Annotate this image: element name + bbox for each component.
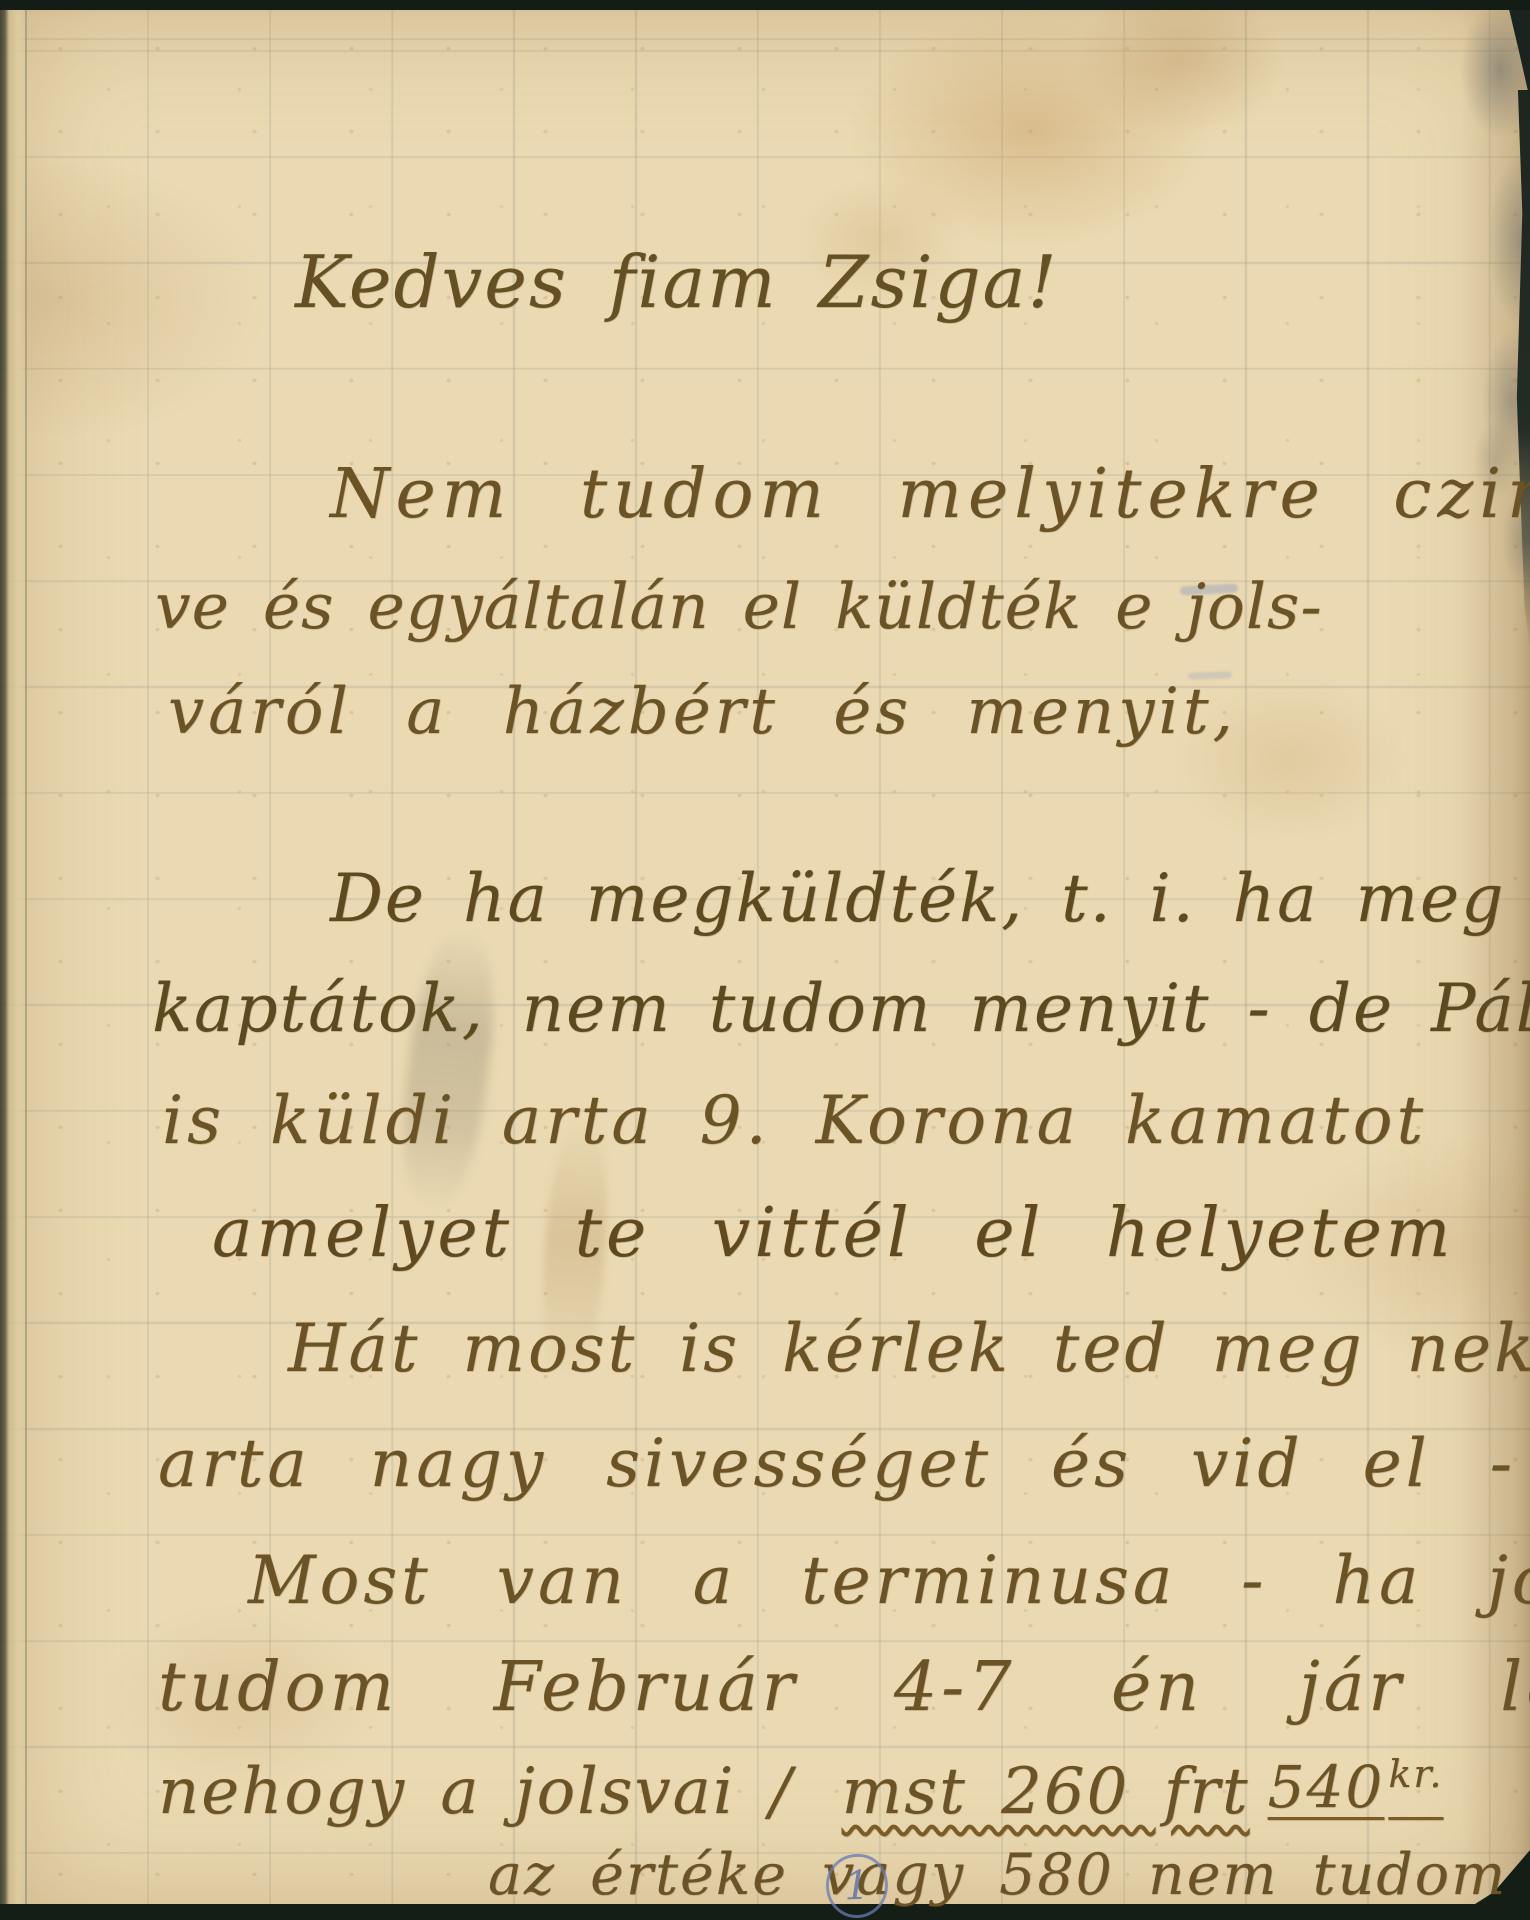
- paper-edge-left: [0, 0, 30, 1920]
- salutation-line: Kedves fiam Zsiga!: [295, 240, 1058, 324]
- letter-line: is küldi arta 9. Korona kamatot: [162, 1082, 1427, 1159]
- amount-underlined: mst 260 frt: [842, 1755, 1250, 1829]
- page-number: 1: [843, 1863, 870, 1910]
- letter-line: kaptátok, nem tudom menyit - de Páli: [152, 970, 1530, 1047]
- letter-line: Nem tudom melyitekre czimez: [330, 455, 1530, 534]
- letter-line-closing: az értéke vagy 580 nem tudom bi: [488, 1842, 1530, 1908]
- letter-line: Hát most is kérlek ted meg nekem: [288, 1310, 1530, 1387]
- letter-line: Most van a terminusa - ha jól: [248, 1542, 1530, 1619]
- letter-line: De ha megküldték, t. i. ha meg: [330, 860, 1505, 937]
- letter-line: arta nagy sivességet és vid el -: [158, 1425, 1516, 1502]
- paper-edge-top: [0, 0, 1530, 10]
- letter-line: ve és egyáltalán el küldték e jols-: [155, 570, 1323, 643]
- amount-prefix: nehogy a jolsvai /: [158, 1755, 793, 1829]
- soot-smudges-right-edge: [1400, 0, 1530, 720]
- amount-value: 540: [1268, 1753, 1385, 1821]
- letter-line: amelyet te vittél el helyetem: [212, 1194, 1454, 1273]
- scanned-letter-page: Kedves fiam Zsiga! Nem tudom melyitekre …: [0, 0, 1530, 1920]
- letter-line-amount: nehogy a jolsvai / mst 260 frt540kr.: [158, 1755, 1443, 1829]
- letter-line: tudom Február 4-7 én jár le: [158, 1648, 1530, 1727]
- amount-secondary: 540kr.: [1268, 1753, 1444, 1821]
- amount-unit: kr.: [1388, 1752, 1443, 1796]
- letter-line: váról a házbért és menyit,: [168, 675, 1237, 749]
